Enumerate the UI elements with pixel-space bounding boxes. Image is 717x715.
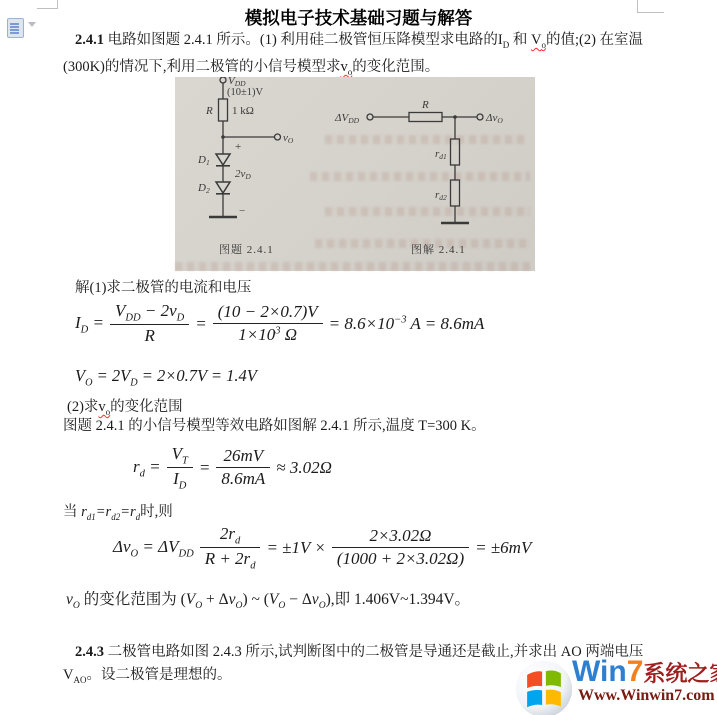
formula-rhs: ≈ 3.02Ω <box>276 458 332 478</box>
terminal-vdd <box>220 77 226 83</box>
formula-rd: rd = VTID = 26mV8.6mA ≈ 3.02Ω <box>133 444 332 492</box>
resistor-R-1kohm <box>219 99 228 121</box>
resistor-R2 <box>409 113 442 122</box>
windows-logo-icon <box>514 659 574 715</box>
fraction: VDD − 2vDR <box>110 301 189 346</box>
formula-eq: = <box>195 314 206 334</box>
formula-rhs: = ±6mV <box>475 538 531 558</box>
fraction: VTID <box>167 444 193 492</box>
range-note: vO 的变化范围为 (VO + ΔvO) ~ (VO − ΔvO),即 1.40… <box>66 589 470 617</box>
formula-rhs: = 8.6×10−3 A = 8.6mA <box>329 314 485 334</box>
label-plus: + <box>235 141 241 153</box>
watermark: Win7系统之家 Www.Winwin7.com <box>514 657 717 715</box>
label-delta-vo: ΔvO <box>485 112 503 125</box>
formula-delta-vo: ΔvO = ΔVDD 2rdR + 2rd = ±1V × 2×3.02Ω(10… <box>113 524 531 572</box>
right-circuit <box>367 113 483 224</box>
model-note: 图题 2.4.1 的小信号模型等效电路如图解 2.4.1 所示,温度 T=300… <box>63 415 486 437</box>
label-vdd-value: (10±1)V <box>227 87 264 98</box>
fraction: 2rdR + 2rd <box>200 524 261 572</box>
problem-241-text: 2.4.1 电路如图题 2.4.1 所示。(1) 利用硅二极管恒压降模型求电路的… <box>63 29 651 83</box>
formula-lhs: ΔvO = ΔVDD <box>113 537 194 559</box>
diode-D1 <box>216 154 230 165</box>
terminal-vo <box>275 134 281 140</box>
label-R1-value: 1 kΩ <box>232 105 254 117</box>
formula-eq: = ±1V × <box>266 538 325 558</box>
label-minus: − <box>239 205 245 217</box>
resistor-rd1 <box>451 139 460 165</box>
fraction: (10 − 2×0.7)V1×103 Ω <box>213 302 323 345</box>
label-2vd: 2vD <box>235 168 251 181</box>
brand-text: Win7系统之家 <box>572 655 717 689</box>
label-D2: D2 <box>197 182 210 195</box>
label-R1: R <box>205 105 213 117</box>
document-page: { "page": { "title": "模拟电子技术基础习题与解答" }, … <box>0 0 717 715</box>
label-rd2: rd2 <box>435 189 447 202</box>
caption-left: 图题 2.4.1 <box>219 242 274 256</box>
formula-lhs: rd = <box>133 457 161 479</box>
solution-heading-1: 解(1)求二极管的电流和电压 <box>75 277 251 299</box>
formula-output-voltage: VO = 2VD = 2×0.7V = 1.4V <box>75 366 257 388</box>
label-rd1: rd1 <box>435 148 447 161</box>
terminal-delta-vo <box>477 114 483 120</box>
label-R2: R <box>421 99 429 111</box>
label-vo: vO <box>283 132 294 145</box>
formula-diode-current: ID = VDD − 2vDR = (10 − 2×0.7)V1×103 Ω =… <box>75 301 484 346</box>
caption-right: 图解 2.4.1 <box>411 242 466 256</box>
page-title: 模拟电子技术基础习题与解答 <box>0 5 717 30</box>
formula-lhs: ID = <box>75 313 104 335</box>
resistor-rd2 <box>451 180 460 206</box>
diode-D2 <box>216 182 230 193</box>
brand-url: Www.Winwin7.com <box>578 687 715 705</box>
formula-eq: = <box>199 458 210 478</box>
left-circuit <box>209 77 281 217</box>
fraction: 26mV8.6mA <box>216 446 270 489</box>
fraction: 2×3.02Ω(1000 + 2×3.02Ω) <box>332 526 469 569</box>
label-D1: D1 <box>197 154 210 167</box>
label-delta-vdd: ΔVDD <box>334 112 360 125</box>
circuit-figure-image: VDD (10±1)V R 1 kΩ vO + D1 2vD D2 − 图题 2… <box>175 77 535 271</box>
terminal-delta-vdd <box>367 114 373 120</box>
